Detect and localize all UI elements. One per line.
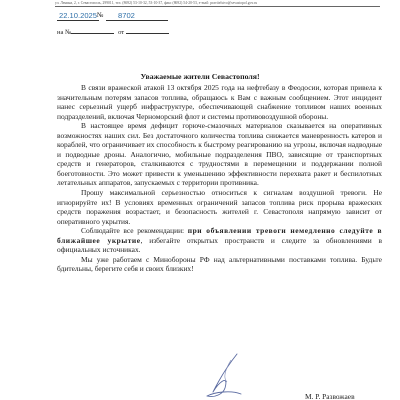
letter-body: В связи вражеской атакой 13 октября 2025…	[57, 83, 382, 274]
reference-line: на № от	[57, 27, 169, 36]
registration-number: 8702	[106, 11, 168, 21]
salutation-heading: Уважаемые жители Севастополя!	[0, 72, 400, 81]
paragraph: Прошу максимальной серьезностью относить…	[57, 188, 382, 226]
paragraph: В связи вражеской атакой 13 октября 2025…	[57, 83, 382, 121]
reference-date-blank	[126, 27, 169, 34]
number-sign: №	[97, 12, 104, 19]
reference-prefix: на №	[57, 29, 71, 36]
signer-name: М. Р. Развожаев	[305, 392, 355, 400]
recommendation-paragraph: Соблюдайте все рекомендации: при объявле…	[57, 226, 382, 255]
signature-scribble-icon	[185, 352, 255, 400]
paragraph: В настоящее время дефицит горюче-смазочн…	[57, 121, 382, 188]
letter-page: ул. Ленина, 2, г. Севастополь, 299011, т…	[0, 0, 400, 400]
reference-number-blank	[71, 27, 114, 34]
registration-date: 22.10.2025	[57, 11, 99, 21]
recommendation-lead: Соблюдайте все рекомендации:	[81, 226, 188, 235]
closing-paragraph: Мы уже работаем с Минобороны РФ над альт…	[57, 255, 382, 274]
letterhead-address: ул. Ленина, 2, г. Севастополь, 299011, т…	[55, 1, 380, 7]
reference-from-label: от	[118, 29, 124, 36]
